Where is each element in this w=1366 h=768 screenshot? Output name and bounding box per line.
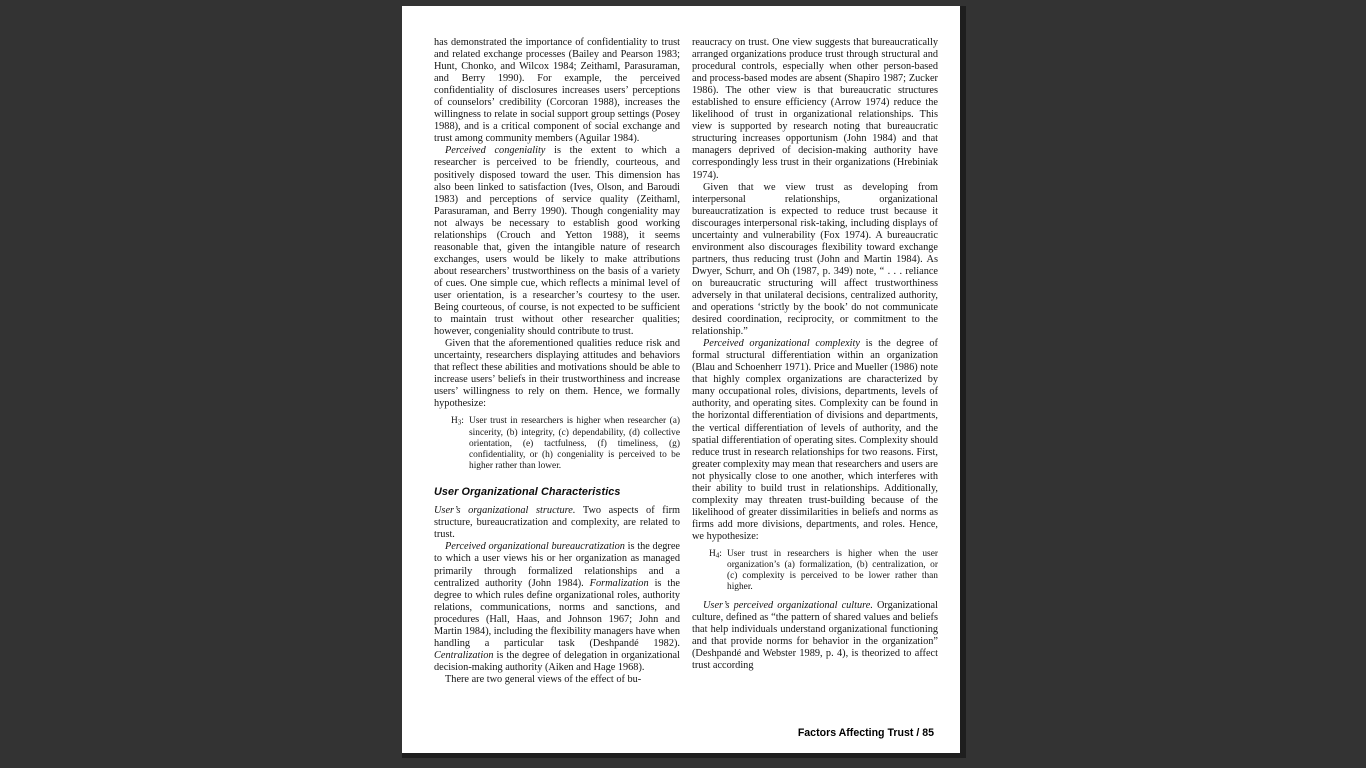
paragraph: Perceived congeniality is the extent to … — [434, 145, 680, 338]
text-run: has demonstrated the importance of confi… — [434, 37, 680, 144]
text-column-left: has demonstrated the importance of confi… — [434, 37, 680, 713]
paragraph: Perceived organizational complexity is t… — [692, 338, 938, 543]
hypothesis-block: H4:User trust in researchers is higher w… — [692, 549, 938, 594]
section-heading: User Organizational Characteristics — [434, 486, 680, 498]
italic-text-run: Formalization — [590, 578, 649, 589]
text-run: reaucracy on trust. One view suggests th… — [692, 37, 938, 181]
italic-text-run: Centralization — [434, 650, 494, 661]
italic-text-run: Perceived congeniality — [445, 145, 545, 156]
text-run: Given that we view trust as developing f… — [692, 182, 938, 338]
text-run: There are two general views of the effec… — [445, 674, 641, 685]
text-run: User trust in researchers is higher when… — [469, 416, 680, 471]
hypothesis-block: H3:User trust in researchers is higher w… — [434, 416, 680, 472]
text-run: is the degree of formal structural diffe… — [692, 338, 938, 542]
running-footer: Factors Affecting Trust / 85 — [798, 727, 934, 739]
text-run: is the extent to which a researcher is p… — [434, 145, 680, 337]
paragraph: Perceived organizational bureaucratizati… — [434, 541, 680, 674]
paragraph: has demonstrated the importance of confi… — [434, 37, 680, 145]
dark-desktop-background: has demonstrated the importance of confi… — [0, 0, 1366, 768]
hypothesis-label: H3: — [451, 416, 464, 427]
text-run: User trust in researchers is higher when… — [727, 549, 938, 592]
paragraph: There are two general views of the effec… — [434, 674, 680, 686]
paragraph: Given that the aforementioned qualities … — [434, 338, 680, 410]
paragraph: Given that we view trust as developing f… — [692, 182, 938, 339]
hypothesis-label: H4: — [709, 549, 722, 560]
text-column-right: reaucracy on trust. One view suggests th… — [692, 37, 938, 713]
italic-text-run: User’s organizational structure. — [434, 505, 575, 516]
italic-text-run: User’s perceived organizational culture. — [703, 600, 873, 611]
text-run: User Organizational Characteristics — [434, 486, 621, 498]
paragraph: reaucracy on trust. One view suggests th… — [692, 37, 938, 182]
italic-text-run: Perceived organizational complexity — [703, 338, 860, 349]
text-run: Given that the aforementioned qualities … — [434, 338, 680, 409]
paragraph: User’s perceived organizational culture.… — [692, 600, 938, 672]
italic-text-run: Perceived organizational bureaucratizati… — [445, 541, 625, 552]
paragraph: User’s organizational structure. Two asp… — [434, 505, 680, 541]
scanned-paper-page: has demonstrated the importance of confi… — [402, 6, 966, 758]
